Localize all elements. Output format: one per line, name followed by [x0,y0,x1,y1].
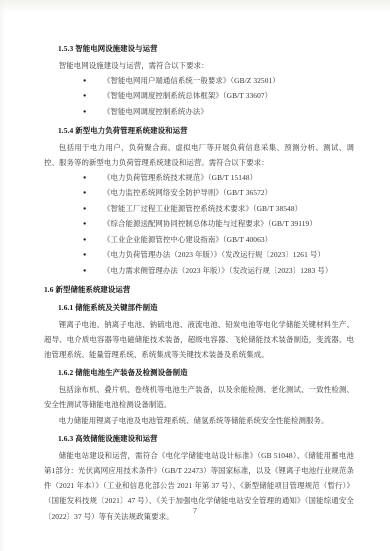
list-item-text: 《智能电网用户端通信系统一般要求》（GB/Z 32501） [103,75,354,88]
bullet-icon: ● [83,106,103,119]
list-item-text: 《综合能源送配网协同控制总体功能与过程要求》（GB/T 39119） [103,218,354,231]
list-item-text: 《电力负荷管理办法（2023 年版）》（发改运行规〔2023〕1261 号） [103,249,354,262]
bullet-icon: ● [83,234,103,247]
bullet-icon: ● [83,90,103,103]
list-item: ● 《智能电网用户端通信系统一般要求》（GB/Z 32501） [83,73,354,89]
document-page: 1.5.3 智能电网设施建设与运营智能电网设施建设与运营，需符合以下要求： ● … [0,0,390,551]
scan-edge-top [0,0,390,13]
bullet-icon: ● [83,203,103,216]
bullet-icon: ● [83,75,103,88]
list-item-text: 《工业企业能源管控中心建设指南》（GB/T 40063） [103,234,354,247]
page-body: 1.5.3 智能电网设施建设与运营智能电网设施建设与运营，需符合以下要求： ● … [44,38,354,524]
list-item: ● 《电力需求侧管理办法（2023 年版）》（发改运行规〔2023〕1283 号… [83,263,354,279]
subsection-heading: 1.6.3 高效储能设施建设和运营 [58,432,354,446]
section-heading: 1.6 新型储能系统建设运营 [44,283,354,297]
subsection-heading: 1.5.4 新型电力负荷管理系统建设和运营 [58,124,354,138]
list-item-text: 《智能电网调度控制系统总体框架》（GB/T 33607） [103,90,354,103]
paragraph: 包括涂布机、叠片机、卷绕机等电池生产装备，以及余能检测、老化测试、一致性检测、安… [44,382,354,412]
bullet-icon: ● [83,265,103,278]
paragraph: 包括用于电力用户、负荷聚合商、虚拟电厂等开展负荷信息采集、预测分析、测试、调控、… [44,140,354,170]
subsection-heading: 1.5.3 智能电网设施建设与运营 [58,42,354,56]
list-item: ● 《电力监控系统网络安全防护导则》（GB/T 36572） [83,186,354,202]
paragraph: 锂离子电池、钠离子电池、钠硫电池、液流电池、铅炭电池等电化学储能关键材料生产、超… [44,317,354,363]
bullet-icon: ● [83,187,103,200]
list-item: ● 《智能电网调度控制系统办法》 [83,104,354,120]
paragraph: 智能电网设施建设与运营，需符合以下要求： [44,58,354,73]
list-item-text: 《电力负荷管理系统技术规范》（GB/T 15148） [103,172,354,185]
list-item: ● 《电力负荷管理办法（2023 年版）》（发改运行规〔2023〕1261 号） [83,248,354,264]
list-item: ● 《综合能源送配网协同控制总体功能与过程要求》（GB/T 39119） [83,217,354,233]
list-item-text: 《电力需求侧管理办法（2023 年版）》（发改运行规〔2023〕1283 号） [103,265,354,278]
list-item: ● 《智能电网调度控制系统总体框架》（GB/T 33607） [83,89,354,105]
list-item-text: 《智能工厂过程工业能源管控系统技术要求》（GB/T 38548） [103,203,354,216]
list-item-text: 《智能电网调度控制系统办法》 [103,106,354,119]
list-item: ● 《智能工厂过程工业能源管控系统技术要求》（GB/T 38548） [83,201,354,217]
subsection-heading: 1.6.2 储能电池生产装备及检测设备制造 [58,366,354,380]
scan-edge-left [0,0,6,551]
page-number: 7 [0,506,390,515]
bullet-icon: ● [83,218,103,231]
list-item-text: 《电力监控系统网络安全防护导则》（GB/T 36572） [103,187,354,200]
list-item: ● 《电力负荷管理系统技术规范》（GB/T 15148） [83,170,354,186]
subsection-heading: 1.6.1 储能系统及关键部件制造 [58,301,354,315]
bullet-icon: ● [83,172,103,185]
paragraph: 电力储能用锂离子电池及电池管理系统、储氢系统等储能系统安全性能检测服务。 [44,413,354,428]
bullet-icon: ● [83,249,103,262]
list-item: ● 《工业企业能源管控中心建设指南》（GB/T 40063） [83,232,354,248]
